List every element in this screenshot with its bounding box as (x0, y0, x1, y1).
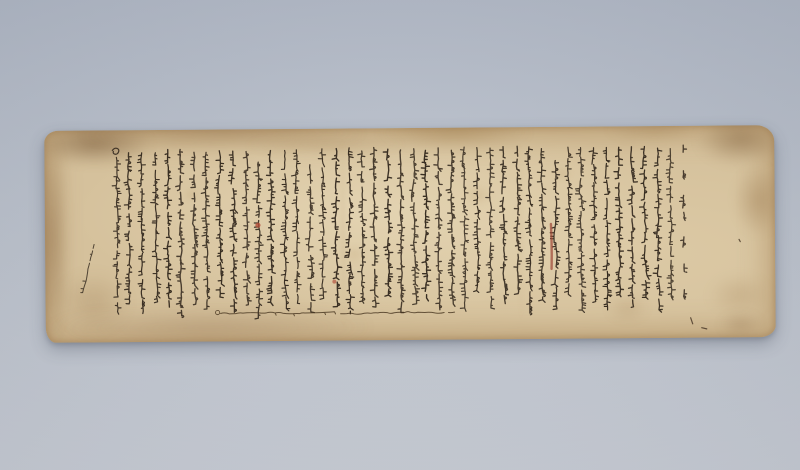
script-column (666, 149, 676, 300)
script-column (163, 150, 173, 308)
script-column (563, 147, 573, 296)
annotation-stroke (221, 312, 336, 317)
script-column (124, 153, 134, 304)
script-column (266, 151, 276, 306)
script-column (242, 152, 252, 306)
script-column (137, 153, 146, 314)
script-column (331, 149, 342, 307)
script-column (614, 147, 624, 296)
photo-backdrop (0, 0, 800, 470)
red-ink-line (551, 224, 552, 269)
script-column (537, 149, 547, 303)
script-column (472, 148, 482, 293)
script-column (525, 147, 534, 315)
script-column (602, 147, 612, 310)
script-column (214, 151, 224, 298)
script-columns (112, 144, 688, 320)
script-column (280, 150, 290, 311)
annotation-stroke (341, 311, 455, 314)
manuscript-paper (44, 125, 776, 343)
script-column (434, 148, 444, 310)
edge-marks (690, 239, 741, 329)
manuscript-ink (44, 125, 776, 343)
script-column (421, 150, 432, 301)
edge-mark (739, 239, 740, 241)
script-column (485, 148, 495, 309)
red-ink-dot (332, 280, 336, 284)
script-column (253, 162, 264, 319)
script-column (369, 148, 379, 308)
script-column (201, 152, 211, 309)
script-column (396, 150, 405, 313)
script-column (357, 151, 367, 303)
script-column (499, 147, 508, 304)
script-column (589, 148, 598, 303)
script-column (652, 148, 663, 312)
red-ink-dot (255, 223, 260, 228)
script-column (175, 149, 185, 317)
script-column (112, 148, 122, 314)
script-column (305, 165, 315, 313)
margin-note (80, 244, 95, 294)
script-column (410, 149, 420, 305)
script-column (318, 149, 328, 299)
edge-mark (691, 318, 693, 324)
margin-note-stroke (80, 244, 94, 294)
script-column (459, 147, 469, 311)
script-column (575, 148, 586, 313)
script-column (344, 148, 355, 314)
edge-mark (702, 328, 707, 329)
red-marks (255, 220, 552, 284)
script-column (228, 151, 238, 312)
script-column (513, 146, 523, 294)
script-column (383, 149, 393, 297)
script-column (679, 145, 688, 299)
bottom-annotation (215, 309, 454, 317)
script-column (446, 150, 456, 306)
script-column (291, 150, 301, 304)
script-column (189, 152, 198, 304)
script-column (639, 146, 651, 299)
script-column (627, 147, 638, 308)
script-column (150, 153, 161, 303)
annotation-loop (215, 310, 219, 314)
